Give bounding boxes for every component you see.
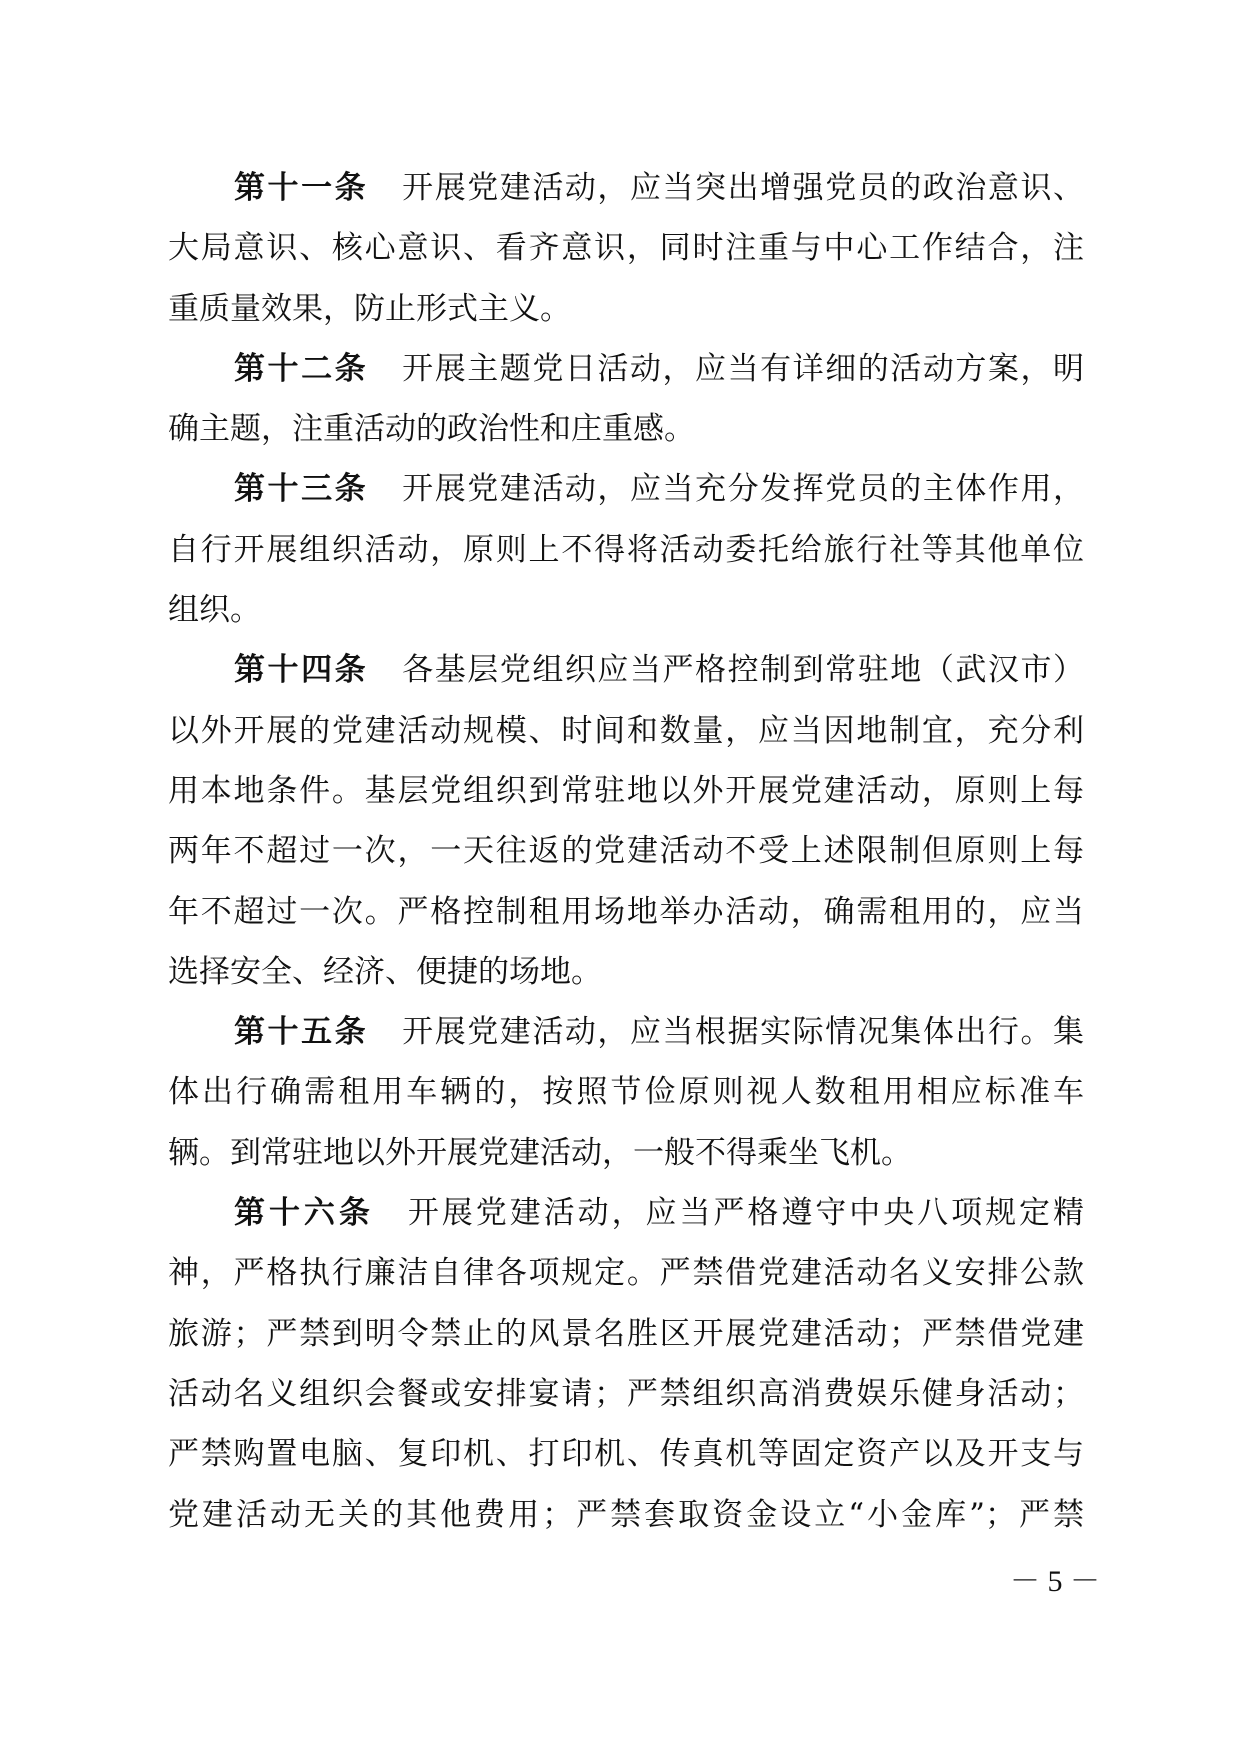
article-heading: 第十五条 (234, 1014, 368, 1050)
body-text-line: 组织。 (168, 580, 1084, 640)
body-text-line: 大局意识、核心意识、看齐意识，同时注重与中心工作结合，注 (168, 218, 1084, 278)
article-13-line-1: 第十三条开展党建活动，应当充分发挥党员的主体作用， (168, 459, 1084, 519)
article-text: 开展主题党日活动，应当有详细的活动方案，明 (402, 351, 1084, 387)
article-12-line-1: 第十二条开展主题党日活动，应当有详细的活动方案，明 (168, 339, 1084, 399)
article-13-line-2: 自行开展组织活动，原则上不得将活动委托给旅行社等其他单位 (168, 520, 1084, 580)
article-13-line-3: 组织。 (168, 580, 1084, 640)
article-heading: 第十三条 (234, 471, 368, 507)
article-12-line-2: 确主题，注重活动的政治性和庄重感。 (168, 399, 1084, 459)
article-16-line-6: 党建活动无关的其他费用；严禁套取资金设立“小金库”；严禁 (168, 1485, 1084, 1545)
article-11-line-1: 第十一条开展党建活动，应当突出增强党员的政治意识、 (168, 158, 1084, 218)
article-14-line-6: 选择安全、经济、便捷的场地。 (168, 942, 1084, 1002)
article-14-line-3: 用本地条件。基层党组织到常驻地以外开展党建活动，原则上每 (168, 761, 1084, 821)
article-16-line-3: 旅游；严禁到明令禁止的风景名胜区开展党建活动；严禁借党建 (168, 1304, 1084, 1364)
body-text-line: 神，严格执行廉洁自律各项规定。严禁借党建活动名义安排公款 (168, 1243, 1084, 1303)
body-text-line: 用本地条件。基层党组织到常驻地以外开展党建活动，原则上每 (168, 761, 1084, 821)
body-text-line: 旅游；严禁到明令禁止的风景名胜区开展党建活动；严禁借党建 (168, 1304, 1084, 1364)
body-text-line: 选择安全、经济、便捷的场地。 (168, 942, 1084, 1002)
article-16-line-2: 神，严格执行廉洁自律各项规定。严禁借党建活动名义安排公款 (168, 1243, 1084, 1303)
article-heading: 第十六条 (234, 1195, 374, 1231)
article-14-line-4: 两年不超过一次，一天往返的党建活动不受上述限制但原则上每 (168, 821, 1084, 881)
body-text-line: 严禁购置电脑、复印机、打印机、传真机等固定资产以及开支与 (168, 1424, 1084, 1484)
article-15-line-3: 辆。到常驻地以外开展党建活动，一般不得乘坐飞机。 (168, 1123, 1084, 1183)
article-14-line-2: 以外开展的党建活动规模、时间和数量，应当因地制宜，充分利 (168, 701, 1084, 761)
article-heading: 第十四条 (234, 652, 368, 688)
document-body: 第十一条开展党建活动，应当突出增强党员的政治意识、 大局意识、核心意识、看齐意识… (168, 158, 1084, 1545)
article-16-line-4: 活动名义组织会餐或安排宴请；严禁组织高消费娱乐健身活动； (168, 1364, 1084, 1424)
body-text-line: 两年不超过一次，一天往返的党建活动不受上述限制但原则上每 (168, 821, 1084, 881)
article-text: 开展党建活动，应当充分发挥党员的主体作用， (402, 471, 1084, 507)
body-text-line: 以外开展的党建活动规模、时间和数量，应当因地制宜，充分利 (168, 701, 1084, 761)
article-text: 各基层党组织应当严格控制到常驻地（武汉市） (402, 652, 1084, 688)
article-heading: 第十二条 (234, 351, 368, 387)
page-number: － 5 － (1010, 1556, 1090, 1600)
body-text-line: 自行开展组织活动，原则上不得将活动委托给旅行社等其他单位 (168, 520, 1084, 580)
article-text: 开展党建活动，应当根据实际情况集体出行。集 (402, 1014, 1084, 1050)
article-16-line-5: 严禁购置电脑、复印机、打印机、传真机等固定资产以及开支与 (168, 1424, 1084, 1484)
document-page: 第十一条开展党建活动，应当突出增强党员的政治意识、 大局意识、核心意识、看齐意识… (0, 0, 1240, 1753)
body-text-line: 年不超过一次。严格控制租用场地举办活动，确需租用的，应当 (168, 882, 1084, 942)
article-14-line-5: 年不超过一次。严格控制租用场地举办活动，确需租用的，应当 (168, 882, 1084, 942)
article-15-line-2: 体出行确需租用车辆的，按照节俭原则视人数租用相应标准车 (168, 1062, 1084, 1122)
article-15-line-1: 第十五条开展党建活动，应当根据实际情况集体出行。集 (168, 1002, 1084, 1062)
article-11-line-3: 重质量效果，防止形式主义。 (168, 279, 1084, 339)
article-16-line-1: 第十六条开展党建活动，应当严格遵守中央八项规定精 (168, 1183, 1084, 1243)
body-text-line: 重质量效果，防止形式主义。 (168, 279, 1084, 339)
body-text-line: 辆。到常驻地以外开展党建活动，一般不得乘坐飞机。 (168, 1123, 1084, 1183)
article-text: 开展党建活动，应当突出增强党员的政治意识、 (402, 170, 1084, 206)
article-14-line-1: 第十四条各基层党组织应当严格控制到常驻地（武汉市） (168, 640, 1084, 700)
body-text-line: 体出行确需租用车辆的，按照节俭原则视人数租用相应标准车 (168, 1062, 1084, 1122)
body-text-line: 党建活动无关的其他费用；严禁套取资金设立“小金库”；严禁 (168, 1485, 1084, 1545)
article-heading: 第十一条 (234, 170, 368, 206)
body-text-line: 活动名义组织会餐或安排宴请；严禁组织高消费娱乐健身活动； (168, 1364, 1084, 1424)
article-11-line-2: 大局意识、核心意识、看齐意识，同时注重与中心工作结合，注 (168, 218, 1084, 278)
article-text: 开展党建活动，应当严格遵守中央八项规定精 (408, 1195, 1084, 1231)
body-text-line: 确主题，注重活动的政治性和庄重感。 (168, 399, 1084, 459)
